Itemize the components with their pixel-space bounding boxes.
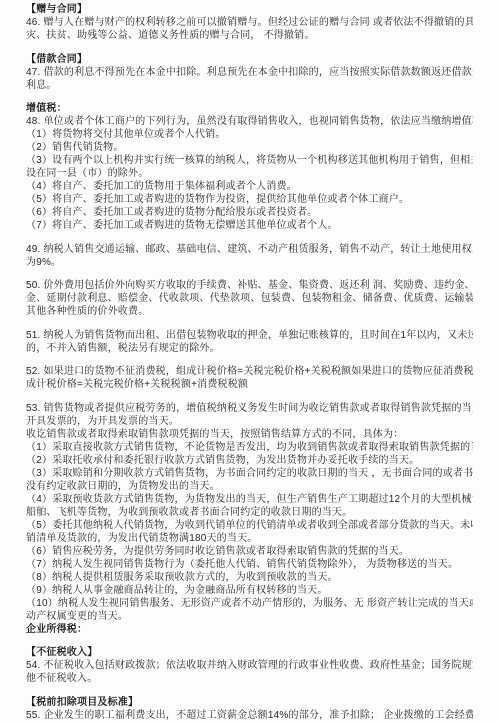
item-53: 53. 销售货物或者提供应税劳务的，增值税纳税义务发生时间为收讫销售款或者取得销… bbox=[26, 402, 473, 623]
text-line: 53. 销售货物或者提供应税劳务的，增值税纳税义务发生时间为收讫销售款或者取得销… bbox=[26, 402, 473, 415]
text-line: （4）采取预收货款方式销售货物，为货物发出的当天，但生产销售生产工期超过12个月… bbox=[26, 493, 473, 506]
text-line: 没有约定收款日期的，为货物发出的当天。 bbox=[26, 480, 473, 493]
text-line: 52. 如果进口的货物不征消费税，组成计税价格=关税完税价格+关税税额如果进口的… bbox=[26, 365, 473, 378]
section-heading-loan-contract: 【借款合同】 bbox=[26, 53, 473, 66]
text-line: （6）销售应税劳务，为提供劳务同时收讫销售款或者取得索取销售款的凭据的当天。 bbox=[26, 545, 473, 558]
item-49: 49. 纳税人销售交通运输、邮政、基础电信、建筑、不动产租赁服务，销售不动产，转… bbox=[26, 243, 473, 269]
heading-text: 【借款合同】 bbox=[26, 53, 473, 66]
item-55: 55. 企业发生的职工福利费支出，不超过工资薪金总额14%的部分，准予扣除； 企… bbox=[26, 709, 473, 722]
heading-text: 企业所得税： bbox=[26, 623, 473, 636]
item-52: 52. 如果进口的货物不征消费税，组成计税价格=关税完税价格+关税税额如果进口的… bbox=[26, 365, 473, 391]
text-line: 他不征税收入。 bbox=[26, 672, 473, 685]
section-heading-corporate-income-tax: 企业所得税： bbox=[26, 623, 473, 636]
section-heading-vat: 增值税： bbox=[26, 102, 473, 115]
text-line: 55. 企业发生的职工福利费支出，不超过工资薪金总额14%的部分，准予扣除； 企… bbox=[26, 709, 473, 722]
text-line: 收讫销售款或者取得索取销售款项凭据的当天，按照销售结算方式的不同，具体为： bbox=[26, 428, 473, 441]
text-line: （3）采取赊销和分期收款方式销售货物，为书面合同约定的收款日期的当天 ，无书面合… bbox=[26, 467, 473, 480]
text-line: （7）纳税人发生视同销售货物行为（委托他人代销、销售代销货物除外）， 为货物移送… bbox=[26, 558, 473, 571]
text-line: 开具发票的，为开具发票的当天。 bbox=[26, 415, 473, 428]
text-line: 其他各种性质的价外收费。 bbox=[26, 305, 473, 318]
text-line: 54. 不征税收入包括财政拨款；依法收取并纳入财政管理的行政事业性收费、政府性基… bbox=[26, 659, 473, 672]
section-heading-gift-contract: 【赠与合同】 bbox=[26, 3, 473, 16]
text-line: （7）将自产、委托加工或者购进的货物无偿赠送其他单位或者个人。 bbox=[26, 219, 473, 232]
item-54: 54. 不征税收入包括财政拨款；依法收取并纳入财政管理的行政事业性收费、政府性基… bbox=[26, 659, 473, 685]
text-line: 利息。 bbox=[26, 79, 473, 92]
text-line: 船舶、飞机等货物，为收到预收款或者书面合同约定的收款日期的当天。 bbox=[26, 506, 473, 519]
document-page: 【赠与合同】46. 赠与人在赠与财产的权利转移之前可以撤销赠与。但经过公证的赠与… bbox=[0, 0, 499, 722]
item-47: 47. 借款的利息不得预先在本金中扣除。利息预先在本金中扣除的，应当按照实际借款… bbox=[26, 66, 473, 92]
text-line: （2）采取托收承付和委托银行收款方式销售货物，为发出货物并办妥托收手续的当天。 bbox=[26, 454, 473, 467]
text-line: 51. 纳税人为销售货物而出租、出借包装物收取的押金，单独记账核算的，且时间在1… bbox=[26, 329, 473, 342]
item-50: 50. 价外费用包括价外向购买方收取的手续费、补贴、基金、集资费、返还利 润、奖… bbox=[26, 279, 473, 318]
item-48: 48. 单位或者个体工商户的下列行为，虽然没有取得销售收入，也视同销售货物，依法… bbox=[26, 115, 473, 232]
text-line: （5）将自产、委托加工或者购进的货物作为投资，提供给其他单位或者个体工商户。 bbox=[26, 193, 473, 206]
heading-text: 增值税： bbox=[26, 102, 473, 115]
text-line: 46. 赠与人在赠与财产的权利转移之前可以撤销赠与。但经过公证的赠与合同 或者依… bbox=[26, 16, 473, 29]
text-line: 48. 单位或者个体工商户的下列行为，虽然没有取得销售收入，也视同销售货物，依法… bbox=[26, 115, 473, 128]
text-line: 销清单及货款的，为发出代销货物满180天的当天。 bbox=[26, 532, 473, 545]
heading-text: 【税前扣除项目及标准】 bbox=[26, 696, 473, 709]
text-line: （4）将自产、委托加工的货物用于集体福利或者个人消费。 bbox=[26, 180, 473, 193]
text-line: （1）将货物将交付其他单位或者个人代销。 bbox=[26, 128, 473, 141]
text-line: （9）纳税人从事金融商品转让的，为金融商品所有权转移的当天。 bbox=[26, 584, 473, 597]
heading-text: 【赠与合同】 bbox=[26, 3, 473, 16]
text-line: 49. 纳税人销售交通运输、邮政、基础电信、建筑、不动产租赁服务，销售不动产，转… bbox=[26, 243, 473, 256]
text-line: （5）委托其他纳税人代销货物，为收到代销单位的代销清单或者收到全部或者部分货款的… bbox=[26, 519, 473, 532]
section-heading-nontaxable-income: 【不征税收入】 bbox=[26, 646, 473, 659]
section-heading-pretax-deduction: 【税前扣除项目及标准】 bbox=[26, 696, 473, 709]
text-line: （6）将自产、委托加工或者购进的货物分配给股东或者投资者。 bbox=[26, 206, 473, 219]
text-line: 成计税价格=关税完税价格+关税税额+消费税税额 bbox=[26, 378, 473, 391]
text-line: （1）采取直接收款方式销售货物，不论货物是否发出，均为收到销售款或者取得索取销售… bbox=[26, 441, 473, 454]
text-line: 设在同一县（市）的除外。 bbox=[26, 167, 473, 180]
text-line: 的，不并入销售额，税法另有规定的除外。 bbox=[26, 342, 473, 355]
text-line: 金、延期付款利息、赔偿金、代收款项、代垫款项、包装费、包装物租金、储备费、优质费… bbox=[26, 292, 473, 305]
text-line: 50. 价外费用包括价外向购买方收取的手续费、补贴、基金、集资费、返还利 润、奖… bbox=[26, 279, 473, 292]
item-51: 51. 纳税人为销售货物而出租、出借包装物收取的押金，单独记账核算的，且时间在1… bbox=[26, 329, 473, 355]
text-line: （3）设有两个以上机构并实行统一核算的纳税人，将货物从一个机构移送其他机构用于销… bbox=[26, 154, 473, 167]
heading-text: 【不征税收入】 bbox=[26, 646, 473, 659]
text-line: 47. 借款的利息不得预先在本金中扣除。利息预先在本金中扣除的，应当按照实际借款… bbox=[26, 66, 473, 79]
item-46: 46. 赠与人在赠与财产的权利转移之前可以撤销赠与。但经过公证的赠与合同 或者依… bbox=[26, 16, 473, 42]
text-line: （8）纳税人提供租赁服务采取预收款方式的，为收到预收款的当天。 bbox=[26, 571, 473, 584]
text-line: （10）纳税人发生视同销售服务、无形资产或者不动产情形的，为服务、无 形资产转让… bbox=[26, 597, 473, 610]
text-line: 动产权属变更的当天。 bbox=[26, 610, 473, 623]
text-line: 为9%。 bbox=[26, 256, 473, 269]
text-line: （2）销售代销货物。 bbox=[26, 141, 473, 154]
text-line: 灾、扶贫、助残等公益、道德义务性质的赠与合同， 不得撤销。 bbox=[26, 29, 473, 42]
